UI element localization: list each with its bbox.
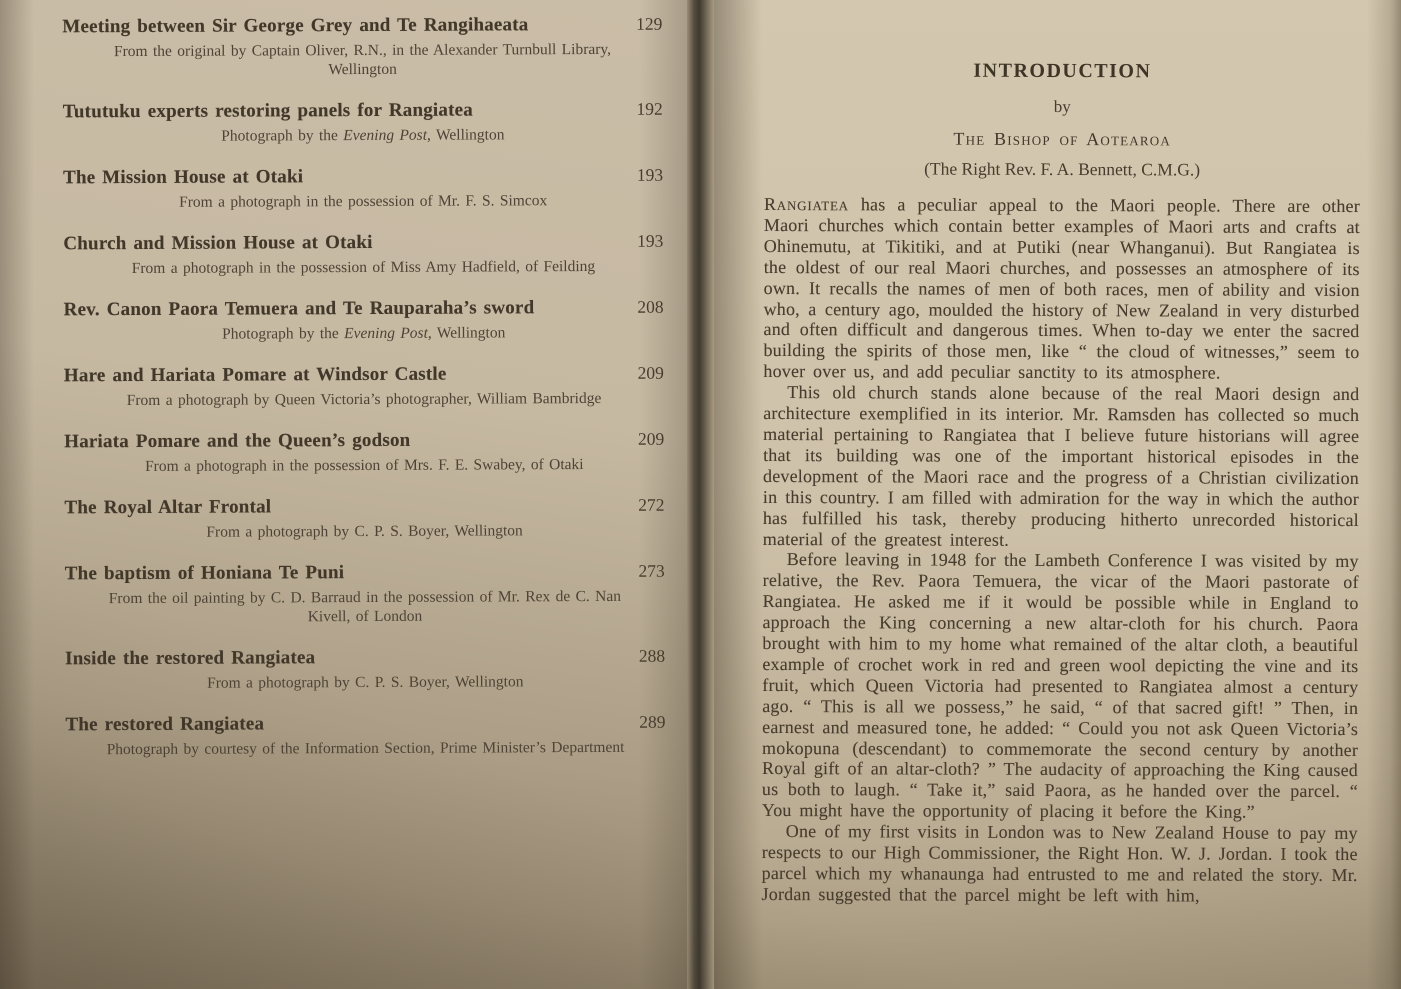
entry-caption: From the original by Captain Oliver, R.N… [102, 40, 622, 80]
left-page: Meeting between Sir George Grey and Te R… [0, 0, 687, 989]
intro-byline: by [764, 96, 1360, 118]
entry-caption: From a photograph by C. P. S. Boyer, Wel… [105, 521, 625, 542]
entry-caption: Photograph by the Evening Post, Wellingt… [104, 323, 624, 344]
intro-paragraph-1: Rangiatea has a peculiar appeal to the M… [763, 194, 1360, 384]
entry-title: Hariata Pomare and the Queen’s godson [64, 429, 410, 455]
book-photo: Meeting between Sir George Grey and Te R… [0, 0, 1401, 989]
entry-title: The Royal Altar Frontal [64, 495, 271, 520]
lead-word: Rangiatea [764, 194, 849, 214]
entry-caption: From a photograph in the possession of M… [104, 455, 624, 476]
intro-paragraph-3: Before leaving in 1948 for the Lambeth C… [762, 549, 1359, 823]
intro-paragraph-2: This old church stands alone because of … [763, 382, 1360, 551]
entry-title: Rev. Canon Paora Temuera and Te Rauparah… [64, 296, 535, 322]
entry-caption: Photograph by courtesy of the Informatio… [106, 738, 626, 759]
illustration-entry: Hare and Hariata Pomare at Windsor Castl… [64, 361, 664, 411]
illustration-entry: Tututuku experts restoring panels for Ra… [63, 97, 663, 147]
entry-page-number: 193 [621, 229, 663, 253]
entry-caption: From a photograph by C. P. S. Boyer, Wel… [105, 672, 625, 693]
entry-title: Church and Mission House at Otaki [63, 231, 372, 256]
intro-author: The Bishop of Aotearoa [764, 128, 1360, 151]
entry-caption: Photograph by the Evening Post, Wellingt… [103, 125, 623, 146]
illustrations-list: Meeting between Sir George Grey and Te R… [62, 12, 665, 779]
entry-page-number: 193 [621, 163, 663, 187]
illustration-entry: The restored Rangiatea 289 Photograph by… [65, 710, 665, 760]
entry-caption: From a photograph in the possession of M… [103, 191, 623, 212]
book-gutter-shadow [687, 0, 714, 989]
entry-page-number: 192 [621, 97, 663, 121]
entry-caption: From a photograph in the possession of M… [103, 257, 623, 278]
entry-title: Meeting between Sir George Grey and Te R… [62, 13, 528, 39]
illustration-entry: The baptism of Honiana Te Puni 273 From … [65, 559, 665, 628]
intro-heading: INTRODUCTION [764, 59, 1360, 84]
intro-author-honorific: (The Right Rev. F. A. Bennett, C.M.G.) [764, 158, 1360, 181]
entry-title: Inside the restored Rangiatea [65, 646, 315, 671]
entry-page-number: 129 [620, 12, 662, 36]
entry-page-number: 273 [623, 559, 665, 583]
right-page: INTRODUCTION by The Bishop of Aotearoa (… [714, 0, 1401, 989]
illustration-entry: Rev. Canon Paora Temuera and Te Rauparah… [64, 295, 664, 345]
illustration-entry: Hariata Pomare and the Queen’s godson 20… [64, 427, 664, 477]
illustration-entry: The Royal Altar Frontal 272 From a photo… [64, 493, 664, 543]
entry-title: The baptism of Honiana Te Puni [65, 561, 345, 586]
entry-title: The restored Rangiatea [65, 712, 264, 737]
entry-page-number: 289 [623, 710, 665, 734]
illustration-entry: Meeting between Sir George Grey and Te R… [62, 12, 662, 81]
illustration-entry: Inside the restored Rangiatea 288 From a… [65, 644, 665, 694]
illustration-entry: Church and Mission House at Otaki 193 Fr… [63, 229, 663, 279]
illustration-entry: The Mission House at Otaki 193 From a ph… [63, 163, 663, 213]
entry-page-number: 209 [622, 361, 664, 385]
entry-title: The Mission House at Otaki [63, 165, 303, 190]
entry-page-number: 208 [622, 295, 664, 319]
entry-caption: From a photograph by Queen Victoria’s ph… [104, 389, 624, 410]
entry-caption: From the oil painting by C. D. Barraud i… [105, 587, 625, 627]
entry-title: Hare and Hariata Pomare at Windsor Castl… [64, 363, 447, 389]
intro-body: Rangiatea has a peculiar appeal to the M… [762, 194, 1360, 907]
entry-page-number: 288 [623, 644, 665, 668]
introduction-section: INTRODUCTION by The Bishop of Aotearoa (… [762, 59, 1361, 907]
intro-paragraph-4: One of my first visits in London was to … [762, 821, 1358, 907]
entry-title: Tututuku experts restoring panels for Ra… [63, 99, 473, 125]
entry-page-number: 209 [622, 427, 664, 451]
entry-page-number: 272 [622, 493, 664, 517]
